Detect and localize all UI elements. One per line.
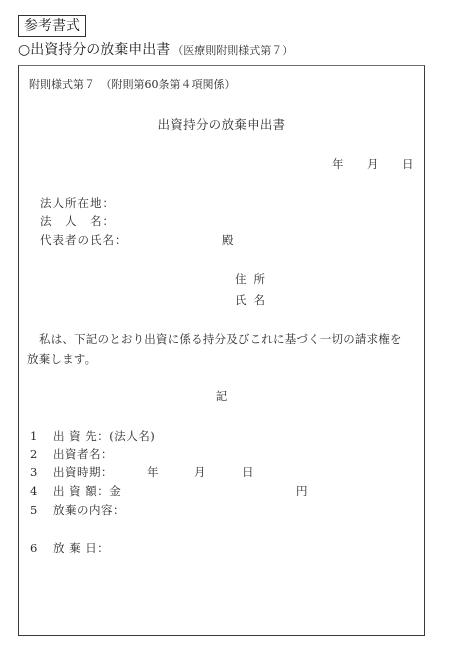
date-day-label: 日	[402, 156, 414, 172]
form-frame: 附則様式第７ （附則第60条第４項関係） 出資持分の放棄申出書 年 月 日 法人…	[18, 65, 425, 636]
applicant-name-label: 氏名	[235, 292, 272, 308]
representative-name-label: 代表者の氏名：	[40, 232, 128, 248]
item-number: 3	[30, 464, 37, 480]
honorific-dono: 殿	[222, 232, 234, 248]
item-number: 4	[30, 483, 37, 499]
form-code: 附則様式第７ （附則第60条第４項関係）	[29, 77, 236, 93]
item-number: 6	[30, 540, 37, 556]
ki-heading: 記	[19, 388, 424, 404]
applicant-address-label: 住所	[235, 271, 272, 287]
heading-note: （医療則附則様式第７）	[172, 44, 293, 57]
item-waiver-content-label: 放棄の内容：	[53, 502, 125, 518]
item-investee-label: 出 資 先：(法人名)	[53, 428, 155, 444]
item-number: 1	[30, 428, 37, 444]
declaration-text: 私は、下記のとおり出資に係る持分及びこれに基づく一切の請求権を放棄します。	[27, 329, 412, 369]
item-investor-name-label: 出資者名：	[53, 446, 113, 462]
corp-address-label: 法人所在地：	[40, 195, 115, 211]
form-title: 出資持分の放棄申出書	[19, 117, 424, 133]
item-waiver-date-label: 放 棄 日：	[53, 540, 109, 556]
item-investment-date-label: 出資時期：	[53, 464, 113, 480]
investment-month-label: 月	[194, 464, 206, 480]
date-year-label: 年	[332, 156, 344, 172]
corp-name-label: 法 人 名：	[40, 213, 115, 229]
document-heading: ○出資持分の放棄申出書（医療則附則様式第７）	[18, 40, 293, 60]
reference-format-label: 参考書式	[18, 15, 86, 37]
yen-unit-label: 円	[296, 483, 308, 499]
item-number: 2	[30, 446, 37, 462]
item-investment-amount-label: 出 資 額：金	[53, 483, 121, 499]
investment-day-label: 日	[242, 464, 254, 480]
date-month-label: 月	[367, 156, 379, 172]
heading-title: ○出資持分の放棄申出書	[18, 42, 170, 58]
investment-year-label: 年	[147, 464, 159, 480]
item-number: 5	[30, 502, 37, 518]
